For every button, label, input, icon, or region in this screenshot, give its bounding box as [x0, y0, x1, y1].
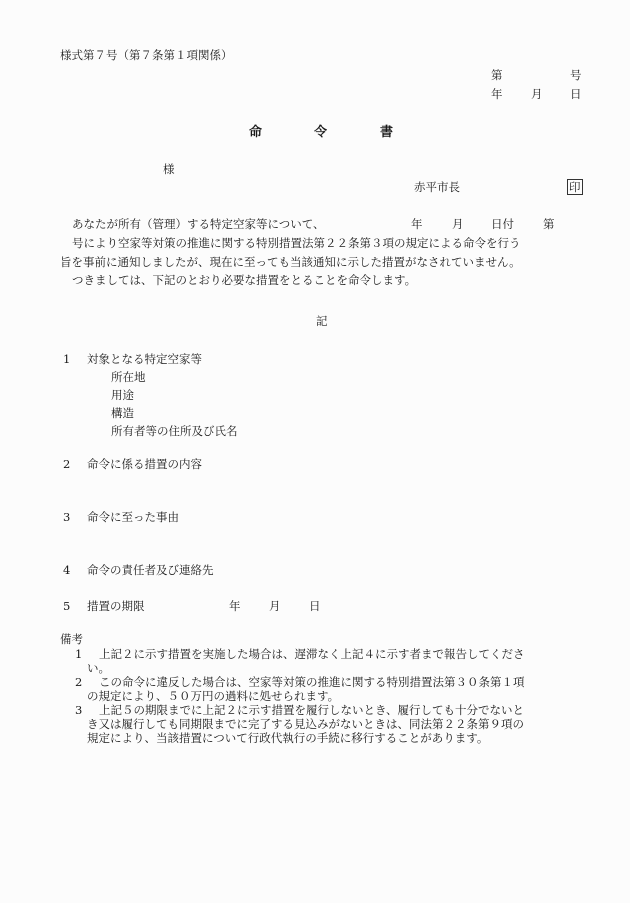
note-3-num: 3 — [75, 703, 82, 717]
seal-mark: 印 — [567, 179, 583, 195]
body-line4: つきましては、下記のとおり必要な措置をとることを命令します。 — [72, 273, 416, 287]
item-3-num: 3 — [63, 510, 70, 524]
body-line2: 号により空家等対策の推進に関する特別措置法第２２条第３項の規定による命令を行う — [72, 236, 521, 250]
note-3-line1: 上記５の期限までに上記２に示す措置を履行しないとき、履行しても十分でないと — [99, 703, 524, 717]
note-2-line2: の規定により、５０万円の過料に処せられます。 — [87, 689, 339, 703]
item-1-num: 1 — [63, 352, 70, 366]
body-line3: 旨を事前に通知しましたが、現在に至っても当該通知に示した措置がなされていません。 — [60, 255, 521, 269]
item-4-label: 命令の責任者及び連絡先 — [87, 563, 214, 577]
body-line1-month: 月 — [452, 217, 464, 231]
item-3-label: 命令に至った事由 — [87, 510, 179, 524]
doc-date-month: 月 — [531, 87, 543, 101]
note-3-line3: 規定により、当該措置について行政代執行の手続に移行することがあります。 — [87, 731, 488, 745]
note-1-line2: い。 — [87, 661, 110, 675]
ki-heading: 記 — [316, 314, 328, 328]
note-2-line1: この命令に違反した場合は、空家等対策の推進に関する特別措置法第３０条第１項 — [99, 675, 525, 689]
title-char-1: 命 — [249, 126, 262, 140]
body-line1-dai: 第 — [543, 217, 555, 231]
item-1-sub-owner: 所有者等の住所及び氏名 — [111, 424, 238, 438]
item-2-label: 命令に係る措置の内容 — [87, 457, 202, 471]
notes-heading: 備考 — [60, 632, 83, 646]
title-char-2: 令 — [314, 126, 327, 140]
note-3-line2: き又は履行しても同期限までに完了する見込みがないときは、同法第２２条第９項の — [87, 717, 524, 731]
note-1-line1: 上記２に示す措置を実施した場合は、遅滞なく上記４に示す者まで報告してくださ — [99, 647, 525, 661]
note-1-num: 1 — [75, 647, 82, 661]
body-line1-text: あなたが所有（管理）する特定空家等について、 — [72, 217, 325, 231]
item-1-sub-use: 用途 — [111, 388, 134, 402]
doc-date-day: 日 — [570, 87, 582, 101]
item-5-year: 年 — [229, 599, 241, 613]
item-1-label: 対象となる特定空家等 — [87, 352, 202, 366]
issuer-name: 赤平市長 — [414, 180, 460, 194]
title-char-3: 書 — [380, 126, 393, 140]
item-5-day: 日 — [309, 599, 321, 613]
item-4-num: 4 — [63, 563, 70, 577]
note-2-num: 2 — [75, 675, 82, 689]
form-label: 様式第７号（第７条第１項関係） — [60, 48, 233, 62]
item-2-num: 2 — [63, 457, 70, 471]
doc-date-year: 年 — [491, 87, 503, 101]
item-5-month: 月 — [269, 599, 281, 613]
item-1-sub-location: 所在地 — [111, 370, 146, 384]
item-1-sub-structure: 構造 — [111, 406, 134, 420]
body-line1-year: 年 — [411, 217, 423, 231]
doc-number-go: 号 — [570, 68, 582, 82]
body-line1-day: 日付 — [491, 217, 514, 231]
addressee-suffix: 様 — [163, 162, 175, 176]
item-5-label: 措置の期限 — [87, 599, 145, 613]
doc-number-dai: 第 — [491, 68, 503, 82]
item-5-num: 5 — [63, 599, 70, 613]
